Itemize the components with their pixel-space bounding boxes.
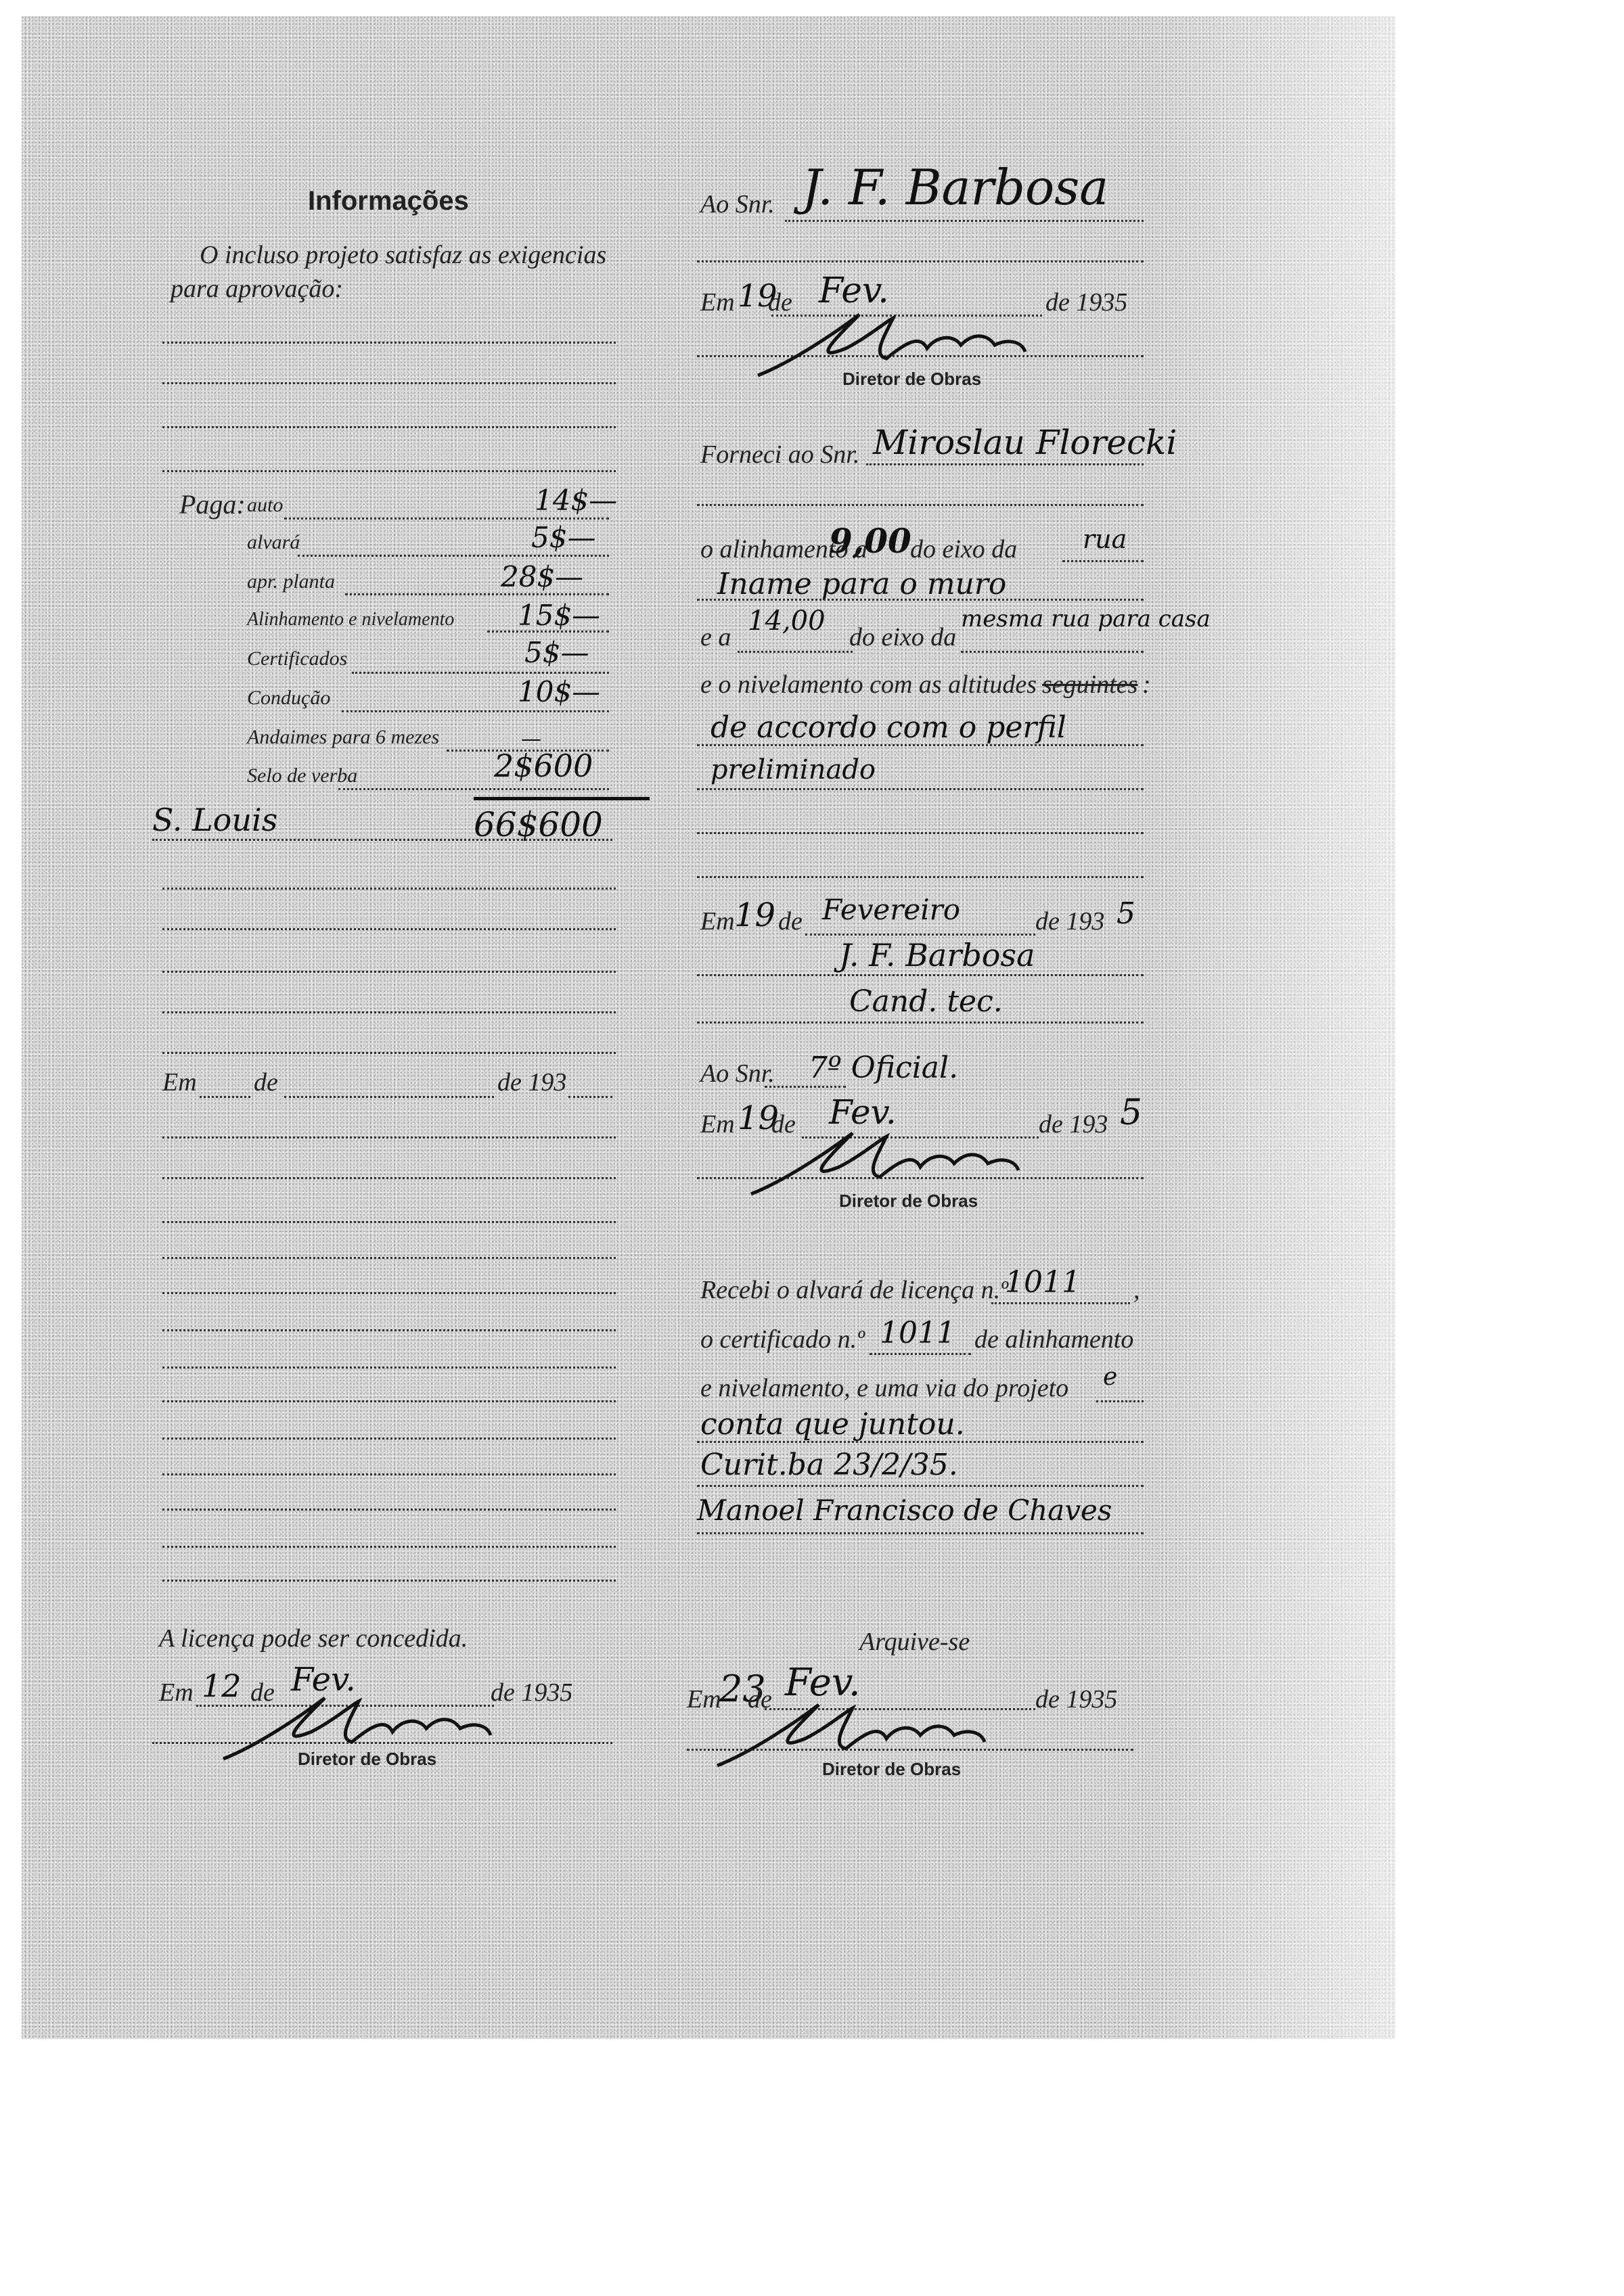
- eixo-value: rua: [1083, 524, 1127, 554]
- projeto-line: [1096, 1400, 1144, 1402]
- fee-label: Condução: [247, 687, 330, 710]
- approval-text: A licença pode ser concedida.: [159, 1624, 468, 1653]
- recipient-line: [765, 1086, 846, 1088]
- alinhamento-note: Iname para o muro: [717, 567, 1006, 601]
- section-heading: Informações: [308, 186, 469, 216]
- blank-line: [697, 504, 1144, 506]
- ao-snr-label: Ao Snr.: [700, 189, 775, 219]
- blank-line: [162, 1329, 616, 1331]
- certificado-line: [870, 1353, 971, 1355]
- altitudes-line-1: de accordo com o perfil: [710, 710, 1066, 745]
- eixo-value-2: mesma rua para casa: [961, 605, 1211, 633]
- blank-line: [697, 1485, 1144, 1487]
- blank-line: [162, 382, 616, 384]
- altitudes-line-2: preliminado: [710, 754, 876, 785]
- blank-line: [697, 260, 1144, 262]
- date-month-field: [284, 1096, 494, 1098]
- date-year: de 193: [497, 1067, 566, 1097]
- date-year: de 193: [1039, 1109, 1108, 1139]
- intro-line-1: O incluso projeto satisfaz as exigencias: [200, 240, 606, 270]
- date-year: de 1935: [1035, 1684, 1117, 1714]
- blank-line: [697, 832, 1144, 834]
- date-em: Em: [700, 1109, 735, 1139]
- fee-value: 28$—: [501, 560, 583, 593]
- blank-line: [162, 342, 616, 344]
- eixo-label-2: do eixo da: [849, 622, 956, 652]
- fee-label: alvará: [247, 531, 300, 554]
- signature-line: [697, 974, 1144, 976]
- blank-line: [697, 1441, 1144, 1443]
- alvara-number: 1011: [1005, 1265, 1081, 1300]
- certificado-label: o certificado n.º: [700, 1325, 865, 1354]
- alinhamento-value: 9,00: [829, 521, 911, 561]
- date-em: Em: [700, 906, 735, 936]
- date-year-digit: 5: [1120, 1093, 1142, 1133]
- blank-line: [162, 470, 616, 472]
- eixo-line-2: [961, 651, 1144, 653]
- arquive-text: Arquive-se: [859, 1627, 970, 1657]
- date-year: de 1935: [1045, 288, 1127, 317]
- blank-line: [162, 1367, 616, 1369]
- alvara-suffix: ,: [1133, 1275, 1140, 1305]
- fees-label: Paga:: [179, 488, 246, 520]
- technician-role: Cand. tec.: [849, 984, 1003, 1019]
- blank-line: [162, 1580, 616, 1582]
- blank-line: [162, 1257, 616, 1259]
- fee-label: auto: [247, 494, 283, 517]
- fee-value: 14$—: [535, 484, 617, 517]
- blank-line: [162, 1509, 616, 1511]
- blank-line: [697, 876, 1144, 878]
- blank-line: [162, 1546, 616, 1548]
- ea-value: 14,00: [748, 605, 826, 637]
- receipt-note: conta que juntou.: [700, 1407, 965, 1442]
- ao-snr-label: Ao Snr.: [700, 1059, 775, 1088]
- receipt-place-date: Curit.ba 23/2/35.: [700, 1448, 958, 1482]
- fee-label: Certificados: [247, 647, 347, 670]
- blank-line: [162, 1400, 616, 1402]
- recipient-name: 7º Oficial.: [809, 1051, 958, 1085]
- blank-line: [162, 1438, 616, 1440]
- blank-line: [162, 928, 616, 930]
- fee-dots: [342, 710, 609, 712]
- date-de: de: [254, 1067, 278, 1097]
- date-de: de: [778, 906, 803, 936]
- total-value: 66$600: [474, 805, 603, 844]
- projeto-hw: e: [1103, 1363, 1117, 1391]
- intro-line-2: para aprovação:: [171, 274, 343, 304]
- signature-line: [697, 1532, 1144, 1534]
- fee-label: Selo de verba: [247, 764, 357, 787]
- certificado-suffix: de alinhamento: [974, 1325, 1133, 1354]
- blank-line: [162, 1292, 616, 1294]
- recipient-name: Miroslau Florecki: [873, 423, 1177, 462]
- date-dots: [805, 934, 1035, 936]
- fee-dots: [338, 788, 609, 790]
- blank-line: [697, 1021, 1144, 1024]
- projeto-text: e nivelamento, e uma via do projeto: [700, 1373, 1068, 1403]
- date-em: Em: [700, 288, 735, 317]
- ea-line: [738, 651, 853, 653]
- date-year-digit: 5: [1116, 896, 1135, 931]
- blank-line: [697, 599, 1144, 601]
- blank-line: [162, 1473, 616, 1475]
- fee-dots: [345, 593, 609, 595]
- total-label: S. Louis: [152, 802, 277, 838]
- date-day: 19: [734, 896, 775, 934]
- date-month: Fevereiro: [822, 893, 960, 926]
- director-title: Diretor de Obras: [839, 1191, 978, 1212]
- date-year: de 193: [1035, 906, 1104, 936]
- receiver-signature: Manoel Francisco de Chaves: [697, 1494, 1112, 1527]
- nivelamento-label: e o nivelamento com as altitudes: [700, 670, 1037, 699]
- forneci-label: Forneci ao Snr.: [700, 440, 859, 469]
- blank-line: [697, 788, 1144, 790]
- blank-line: [162, 1052, 616, 1054]
- eixo-label: do eixo da: [910, 534, 1017, 564]
- fee-value: 10$—: [518, 675, 600, 708]
- blank-line: [162, 888, 616, 890]
- recipient-name: J. F. Barbosa: [802, 159, 1108, 216]
- ea-label: e a: [700, 622, 731, 652]
- date-day-field: [200, 1096, 250, 1098]
- director-title: Diretor de Obras: [298, 1749, 436, 1770]
- fee-value: 5$—: [524, 636, 589, 669]
- date-month: Fev.: [819, 271, 889, 311]
- fee-value: 5$—: [531, 521, 595, 554]
- nivelamento-struck: seguintes: [1042, 670, 1137, 699]
- date-year-field: [568, 1096, 612, 1098]
- approval-date-em: Em: [159, 1678, 194, 1707]
- sum-rule: [474, 797, 650, 800]
- director-title: Diretor de Obras: [842, 369, 981, 390]
- blank-line: [162, 971, 616, 973]
- fee-dots: [298, 555, 609, 557]
- fee-value: 15$—: [518, 599, 600, 632]
- blank-line: [162, 426, 616, 428]
- fee-label: Andaimes para 6 mezes: [247, 726, 439, 749]
- eixo-line: [1062, 560, 1144, 562]
- approval-date-year: de 1935: [491, 1678, 572, 1707]
- nivelamento-colon: :: [1142, 670, 1151, 699]
- fee-dots: [352, 672, 609, 674]
- recipient-line: [866, 463, 1144, 465]
- certificado-number: 1011: [880, 1316, 955, 1350]
- fee-label: apr. planta: [247, 570, 335, 593]
- blank-line: [162, 1221, 616, 1223]
- director-title: Diretor de Obras: [822, 1759, 961, 1780]
- recipient-line: [785, 220, 1144, 222]
- date-em: Em: [162, 1067, 197, 1097]
- technician-signature: J. F. Barbosa: [839, 937, 1035, 973]
- fee-value: 2$600: [494, 748, 593, 784]
- alvara-label: Recebi o alvará de licença n.º: [700, 1275, 1008, 1305]
- alvara-line: [991, 1302, 1130, 1304]
- blank-line: [162, 1011, 616, 1013]
- blank-line: [697, 744, 1144, 746]
- fee-dots: [284, 518, 609, 520]
- blank-line: [162, 1177, 616, 1179]
- blank-line: [162, 1136, 616, 1139]
- fee-label: Alinhamento e nivelamento: [247, 609, 454, 630]
